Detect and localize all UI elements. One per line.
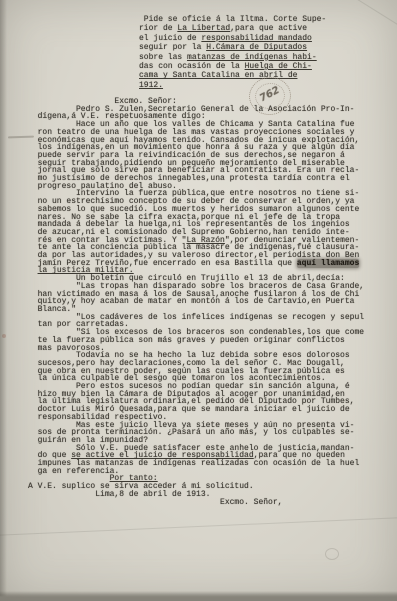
photo-edge-shadow [0,591,397,601]
underlined-text: matanzas de indígenas habi- [187,53,317,62]
text-line: sobre las matanzas de indígenas habi- [139,53,326,62]
text-line: das con ocasión de la Huelga de Chi- [139,62,326,71]
ink-smudge: aquí llamamos [297,259,359,268]
document-photo: Pide se oficie á la Iltma. Corte Supe-ri… [0,0,397,601]
letter-body: Excmo. Señor: Pedro S. Zulen,Secretario … [28,98,364,506]
text-line: Excmo. Señor, [28,499,364,507]
underlined-text: Huelga de Chi- [245,62,312,71]
text-line: quitoy,y hoy acaban de matar en montón á… [28,298,364,306]
underlined-text: H.Cámara de Diputados [206,43,307,52]
text-line: cama y Santa Catalina en abril de [139,71,326,80]
paper-crease [342,0,397,27]
photo-edge-shadow [0,0,7,601]
text-line: 1912. [139,81,326,90]
paper-crease [0,517,397,536]
text-line: rior de La Libertad,para que active [139,24,326,33]
text-line: Pide se oficie á la Iltma. Corte Supe- [139,15,326,24]
text-line: seguir por la H.Cámara de Diputados [139,43,326,52]
underlined-text: responsabilidad mandado [201,34,311,43]
text-line: el juicio de responsabilidad mandado [139,34,326,43]
underlined-text: La Libertad [177,24,230,33]
underlined-text: 1912. [139,81,163,90]
paper-ring-mark [325,548,339,560]
reference-summary-note: Pide se oficie á la Iltma. Corte Supe-ri… [139,15,326,90]
